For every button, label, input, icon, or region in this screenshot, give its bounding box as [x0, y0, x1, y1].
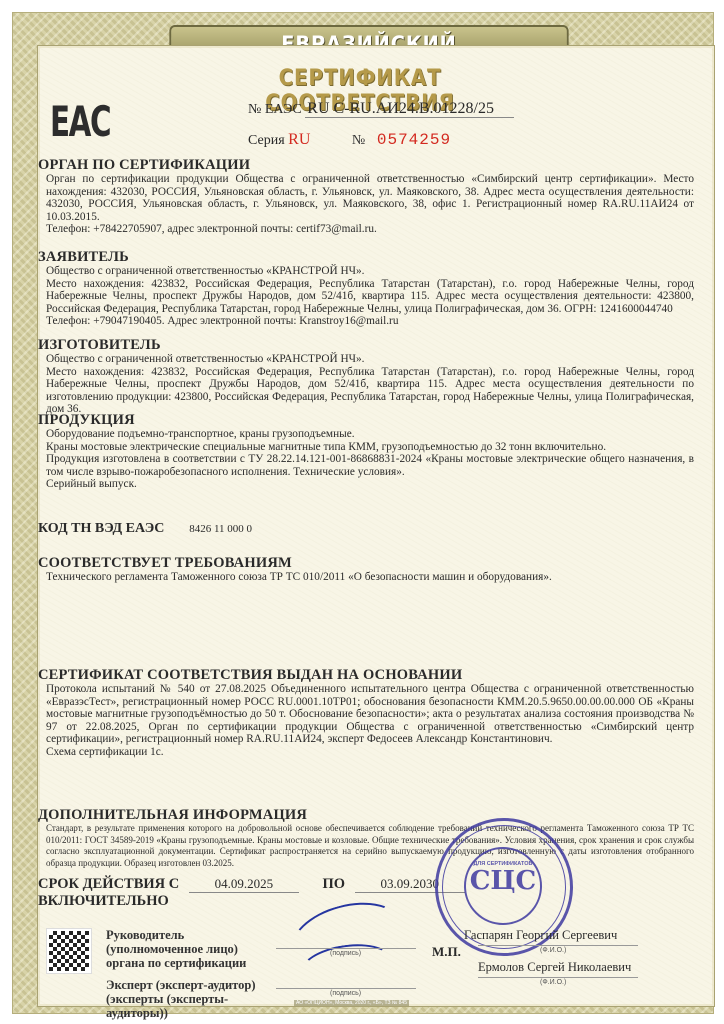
hs-code-value: 8426 11 000 0	[189, 523, 252, 535]
seal-label: М.П.	[432, 944, 461, 960]
expert-name-line	[478, 977, 638, 978]
eac-logo-icon: ЕАС	[50, 97, 110, 146]
product-line-1: Оборудование подъемно-транспортное, кран…	[38, 428, 694, 441]
manufacturer-text: Место нахождения: 423832, Российская Фед…	[38, 366, 694, 416]
hs-code-label: КОД ТН ВЭД ЕАЭС	[38, 521, 164, 536]
section-complies: СООТВЕТСТВУЕТ ТРЕБОВАНИЯМ Технического р…	[38, 556, 694, 584]
qr-code-icon[interactable]	[47, 929, 91, 973]
section-manufacturer: ИЗГОТОВИТЕЛЬ Общество с ограниченной отв…	[38, 338, 694, 416]
head-name: Гаспарян Георгий Сергеевич	[464, 928, 617, 943]
serial-number: № 0574259	[352, 131, 451, 149]
section-product: ПРОДУКЦИЯ Оборудование подъемно-транспор…	[38, 413, 694, 491]
series-row: Серия RU № 0574259	[248, 131, 451, 149]
section-heading: ЗАЯВИТЕЛЬ	[38, 250, 694, 265]
validity-period: СРОК ДЕЙСТВИЯ С 04.09.2025 ПО 03.09.2030…	[38, 876, 471, 910]
product-line-2: Краны мостовые электрические специальные…	[38, 441, 694, 454]
section-applicant: ЗАЯВИТЕЛЬ Общество с ограниченной ответс…	[38, 250, 694, 328]
head-signature-line	[276, 948, 416, 949]
number-label: № ЕАЭС	[248, 102, 302, 117]
valid-to-label: ПО	[323, 876, 346, 892]
section-hs-code: КОД ТН ВЭД ЕАЭС 8426 11 000 0	[38, 523, 694, 536]
section-heading: ПРОДУКЦИЯ	[38, 413, 694, 428]
head-label: Руководитель (уполномоченное лицо) орган…	[106, 928, 256, 970]
series-value: RU	[288, 131, 310, 148]
expert-signature-line	[276, 988, 416, 989]
expert-signature-caption: (подпись)	[330, 990, 361, 997]
printer-note: АО «ОПЦИОН», Москва, 2020 г., «Б», ТЗ № …	[294, 1000, 409, 1006]
expert-fio-caption: (Ф.И.О.)	[540, 979, 566, 986]
basis-scheme: Схема сертификации 1с.	[38, 746, 694, 759]
section-cert-body: ОРГАН ПО СЕРТИФИКАЦИИ Орган по сертифика…	[38, 158, 694, 236]
section-heading: ДОПОЛНИТЕЛЬНАЯ ИНФОРМАЦИЯ	[38, 808, 694, 823]
manufacturer-name: Общество с ограниченной ответственностью…	[38, 353, 694, 366]
number-value: RU С-RU.АИ24.В.01228/25	[305, 100, 514, 118]
section-heading: ОРГАН ПО СЕРТИФИКАЦИИ	[38, 158, 694, 173]
head-signature-caption: (подпись)	[330, 950, 361, 957]
product-line-4: Серийный выпуск.	[38, 478, 694, 491]
series-label: Серия	[248, 133, 285, 148]
stamp-inner: ДЛЯ СЕРТИФИКАТОВ СЦС	[464, 847, 542, 925]
applicant-text: Место нахождения: 423832, Российская Фед…	[38, 278, 694, 316]
additional-text: Стандарт, в результате применения которо…	[38, 823, 694, 869]
section-heading: ИЗГОТОВИТЕЛЬ	[38, 338, 694, 353]
valid-inclusive-label: ВКЛЮЧИТЕЛЬНО	[38, 893, 471, 910]
section-heading: СЕРТИФИКАТ СООТВЕТСТВИЯ ВЫДАН НА ОСНОВАН…	[38, 668, 694, 683]
head-fio-caption: (Ф.И.О.)	[540, 947, 566, 954]
section-heading: СООТВЕТСТВУЕТ ТРЕБОВАНИЯМ	[38, 556, 694, 571]
stamp-monogram: СЦС	[466, 867, 540, 895]
signature-labels: Руководитель (уполномоченное лицо) орган…	[106, 928, 276, 1024]
applicant-contact: Телефон: +79047190405. Адрес электронной…	[38, 315, 694, 328]
certificate-number: № ЕАЭС RU С-RU.АИ24.В.01228/25	[248, 100, 514, 118]
serial-label: №	[352, 133, 366, 148]
complies-text: Технического регламента Таможенного союз…	[38, 571, 694, 584]
applicant-name: Общество с ограниченной ответственностью…	[38, 265, 694, 278]
valid-from-label: СРОК ДЕЙСТВИЯ С	[38, 876, 179, 892]
head-name-line	[478, 945, 638, 946]
valid-from-date: 04.09.2025	[189, 876, 299, 893]
expert-name: Ермолов Сергей Николаевич	[478, 960, 631, 975]
product-line-3: Продукция изготовлена в соответствии с Т…	[38, 453, 694, 478]
expert-label: Эксперт (эксперт-аудитор) (эксперты (экс…	[106, 978, 276, 1020]
section-text: Орган по сертификации продукции Общества…	[38, 173, 694, 223]
section-additional: ДОПОЛНИТЕЛЬНАЯ ИНФОРМАЦИЯ Стандарт, в ре…	[38, 808, 694, 869]
section-basis: СЕРТИФИКАТ СООТВЕТСТВИЯ ВЫДАН НА ОСНОВАН…	[38, 668, 694, 759]
section-contact: Телефон: +78422705907, адрес электронной…	[38, 223, 694, 236]
basis-text: Протокола испытаний № 540 от 27.08.2025 …	[38, 683, 694, 746]
